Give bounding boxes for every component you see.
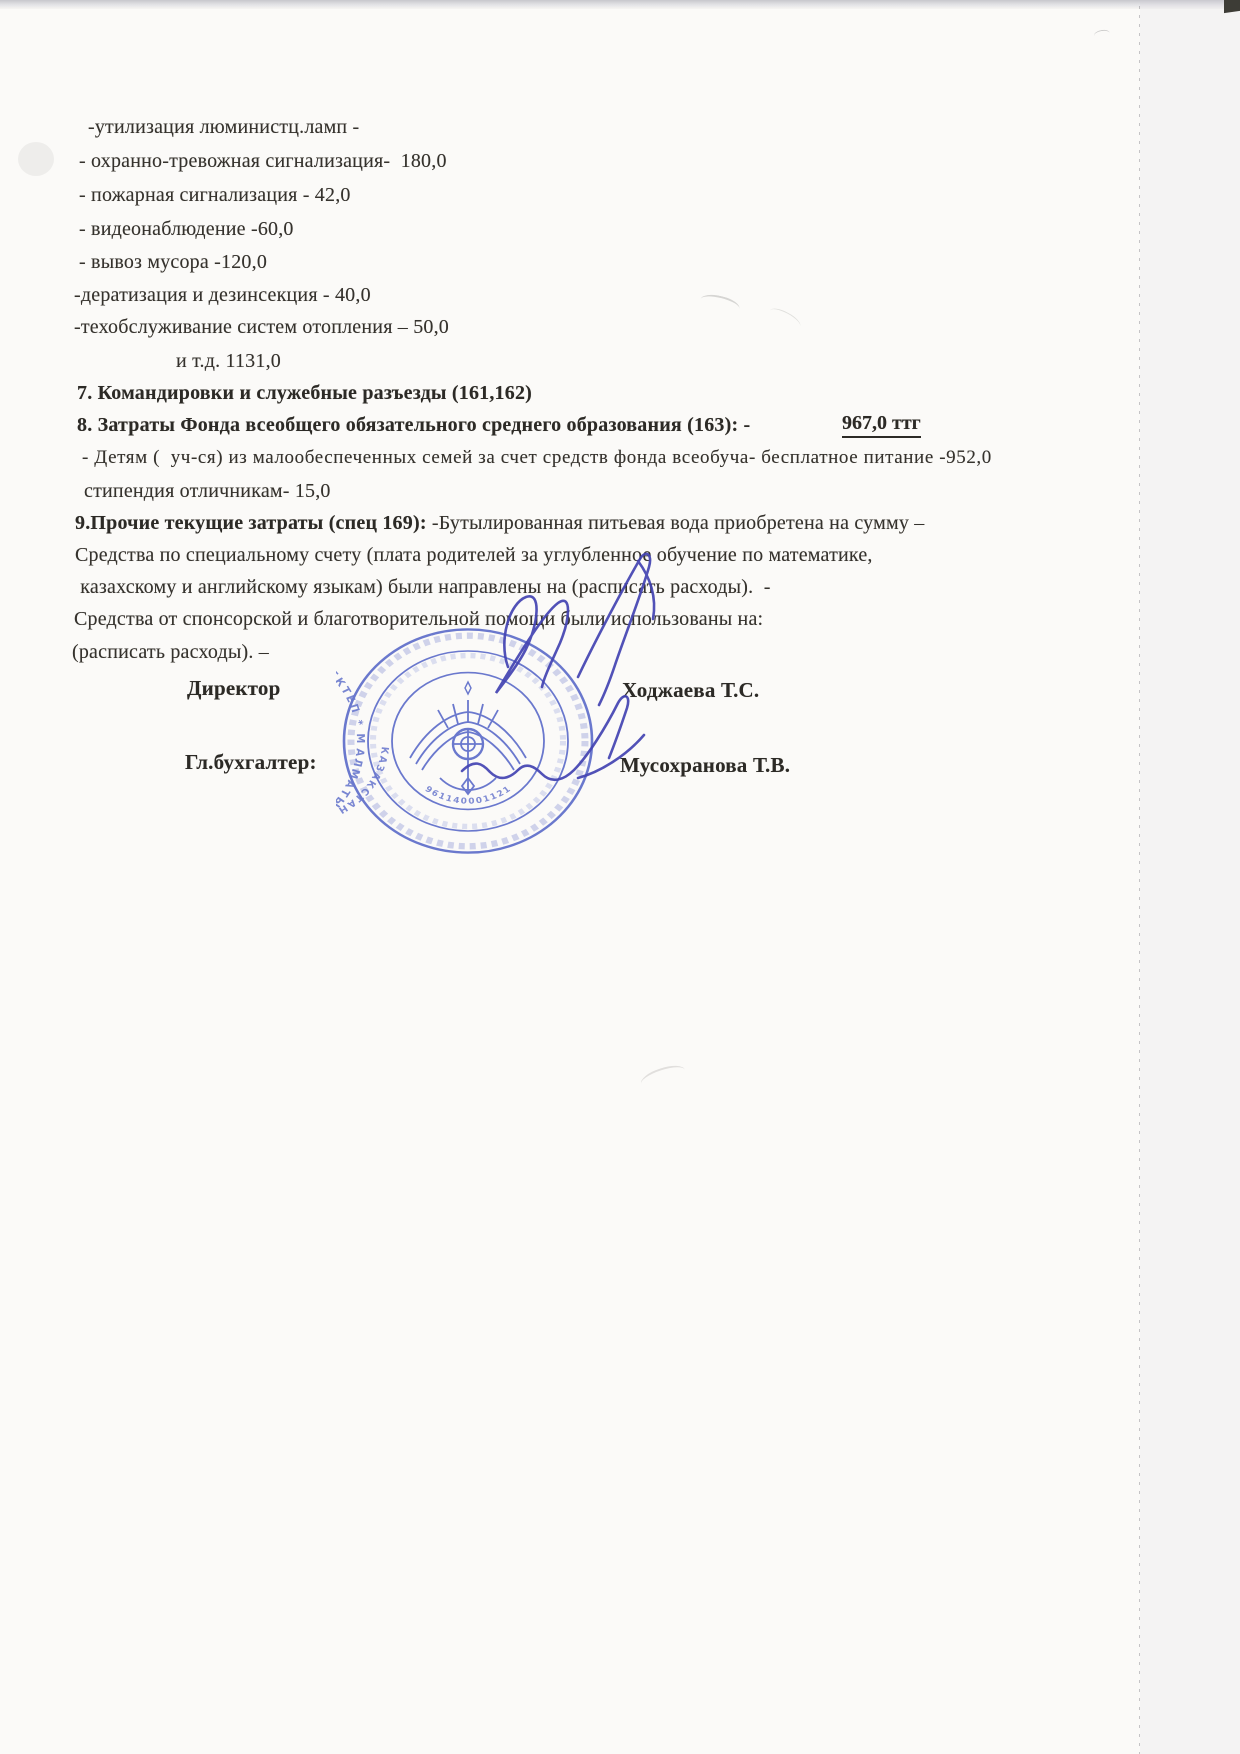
expense-line: - охранно-тревожная сигнализация- 180,0 (79, 150, 447, 173)
item-9-line: 9.Прочие текущие затраты (спец 169): -Бу… (75, 512, 924, 535)
director-signature (496, 554, 654, 705)
expense-line: -утилизация люминистц.ламп - (88, 116, 359, 139)
accountant-label: Гл.бухгалтер: (185, 750, 317, 775)
scan-edge-strip (0, 0, 1240, 9)
paragraph: (расписать расходы). – (72, 641, 269, 664)
item-9-text: -Бутылированная питьевая вода приобретен… (427, 512, 925, 534)
pencil-smudge (638, 1061, 687, 1092)
item-7-heading: 7. Командировки и служебные разъезды (16… (77, 382, 532, 405)
expense-line: - видеонаблюдение -60,0 (79, 218, 294, 241)
scanned-page: -утилизация люминистц.ламп - - охранно-т… (0, 0, 1240, 1754)
expense-line: - вывоз мусора -120,0 (79, 251, 267, 274)
pencil-smudge (1093, 29, 1110, 41)
pencil-smudge (767, 305, 803, 332)
accountant-signature (462, 696, 644, 780)
item-9-heading: 9.Прочие текущие затраты (спец 169): (75, 512, 427, 534)
item-8-amount: 967,0 ттг (842, 412, 921, 438)
expense-line: -дератизация и дезинсекция - 40,0 (74, 284, 371, 307)
handwritten-signatures (430, 545, 700, 815)
pencil-smudge (699, 291, 742, 316)
expense-line: - пожарная сигнализация - 42,0 (79, 184, 351, 207)
director-label: Директор (187, 676, 280, 701)
paper-edge-tint (1140, 0, 1240, 1754)
item-8-heading: 8. Затраты Фонда всеобщего обязательного… (77, 414, 750, 437)
item-8-detail: - Детям ( уч-ся) из малообеспеченных сем… (82, 447, 992, 469)
expense-total-line: и т.д. 1131,0 (176, 350, 281, 373)
paper-smudge (18, 142, 54, 176)
expense-line: -техобслуживание систем отопления – 50,0 (74, 316, 449, 339)
item-8-detail: стипендия отличникам- 15,0 (84, 480, 331, 503)
